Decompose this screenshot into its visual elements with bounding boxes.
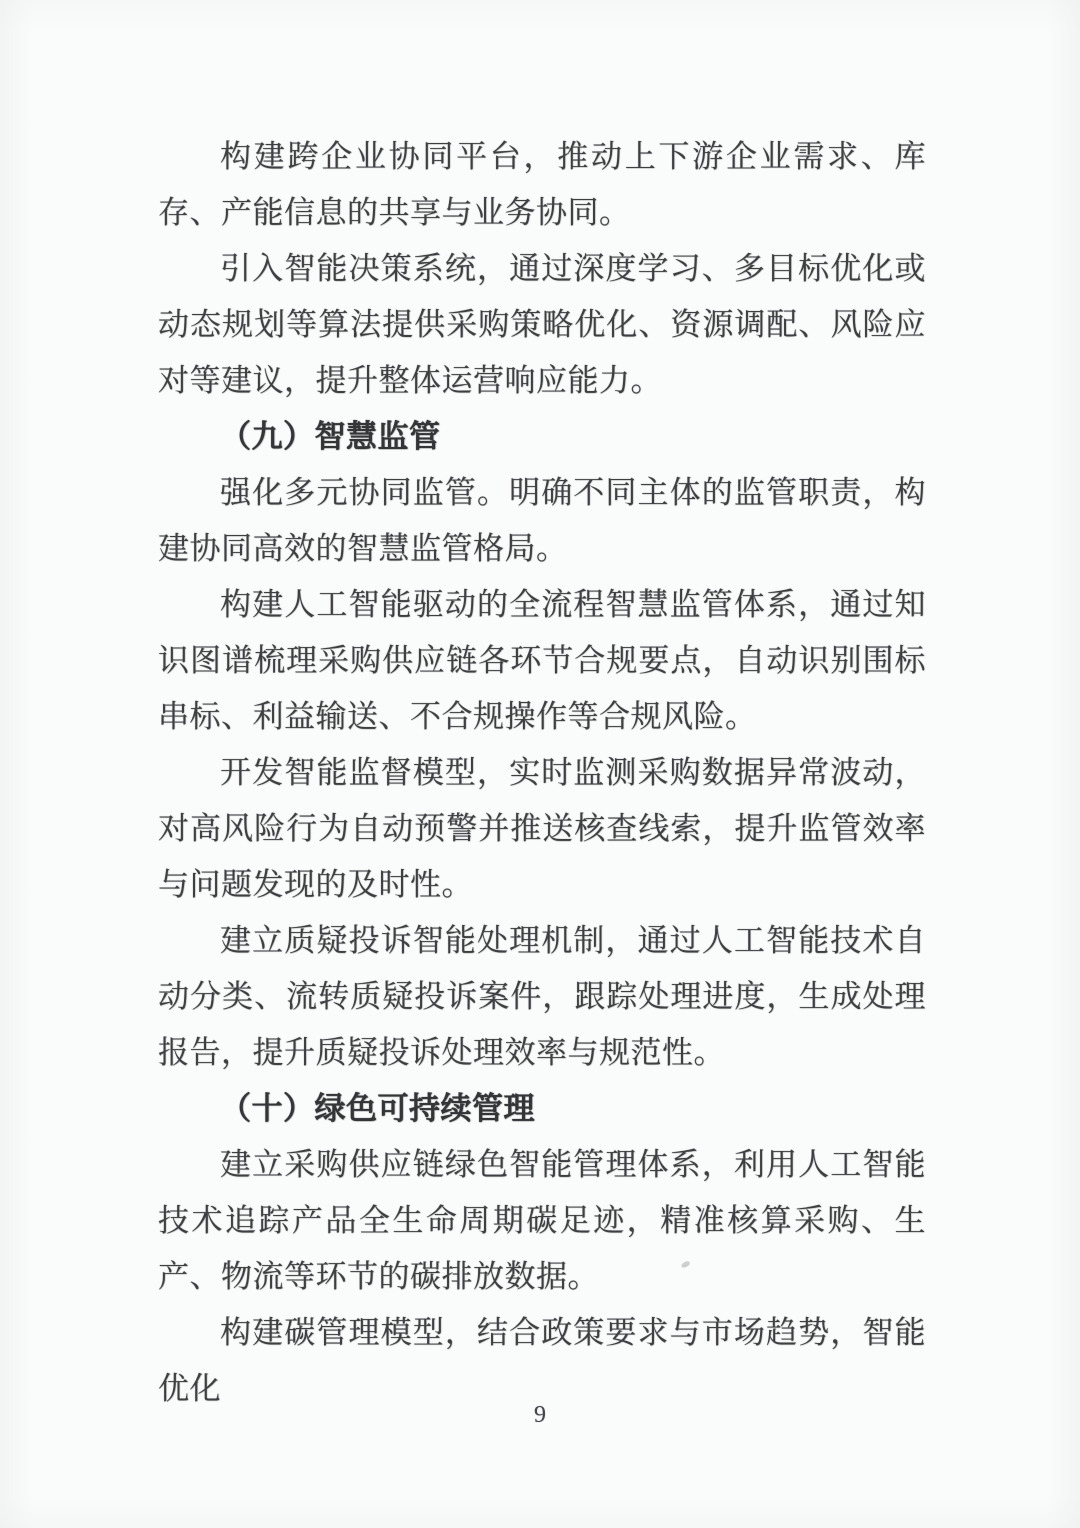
paragraph: 引入智能决策系统，通过深度学习、多目标优化或动态规划等算法提供采购策略优化、资源… [158,241,926,409]
paragraph: 构建人工智能驱动的全流程智慧监管体系，通过知识图谱梳理采购供应链各环节合规要点，… [158,577,926,745]
document-body: 构建跨企业协同平台，推动上下游企业需求、库存、产能信息的共享与业务协同。引入智能… [158,129,926,1417]
paragraph: 开发智能监督模型，实时监测采购数据异常波动，对高风险行为自动预警并推送核查线索，… [158,745,926,913]
paragraph: 构建跨企业协同平台，推动上下游企业需求、库存、产能信息的共享与业务协同。 [158,129,926,241]
page-number: 9 [0,1398,1080,1432]
section-heading: （九）智慧监管 [158,409,926,465]
paragraph: 强化多元协同监管。明确不同主体的监管职责，构建协同高效的智慧监管格局。 [158,465,926,577]
document-page: 构建跨企业协同平台，推动上下游企业需求、库存、产能信息的共享与业务协同。引入智能… [0,0,1080,1528]
section-heading: （十）绿色可持续管理 [158,1081,926,1137]
paragraph: 建立质疑投诉智能处理机制，通过人工智能技术自动分类、流转质疑投诉案件，跟踪处理进… [158,913,926,1081]
paragraph: 建立采购供应链绿色智能管理体系，利用人工智能技术追踪产品全生命周期碳足迹，精准核… [158,1137,926,1305]
